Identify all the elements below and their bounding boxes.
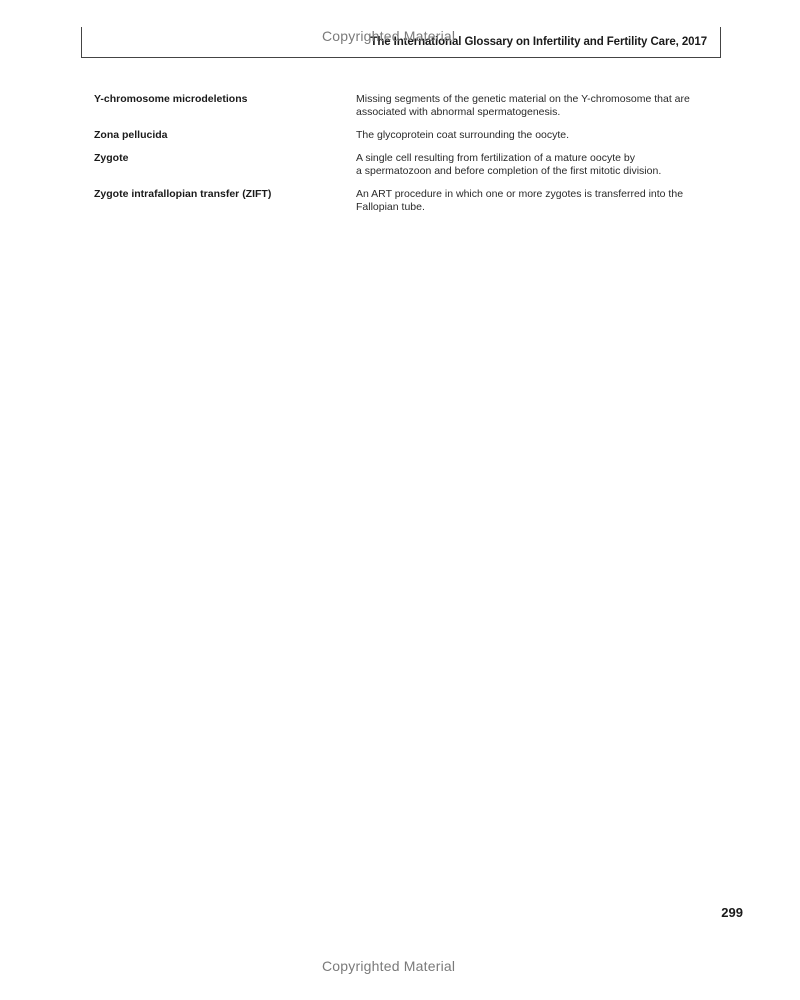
glossary-entry: Y-chromosome microdeletions Missing segm… [94,93,724,119]
page-number: 299 [721,905,743,920]
glossary-entry: Zona pellucida The glycoprotein coat sur… [94,129,724,142]
glossary-list: Y-chromosome microdeletions Missing segm… [94,93,724,224]
glossary-entry: Zygote A single cell resulting from fert… [94,152,724,178]
glossary-term: Zona pellucida [94,129,356,142]
glossary-entry: Zygote intrafallopian transfer (ZIFT) An… [94,188,724,214]
glossary-definition: A single cell resulting from fertilizati… [356,152,724,178]
watermark-top: Copyrighted Material [322,28,455,44]
glossary-definition: An ART procedure in which one or more zy… [356,188,724,214]
glossary-definition: Missing segments of the genetic material… [356,93,724,119]
glossary-definition: The glycoprotein coat surrounding the oo… [356,129,724,142]
glossary-term: Zygote [94,152,356,178]
glossary-term: Y-chromosome microdeletions [94,93,356,119]
watermark-bottom: Copyrighted Material [322,958,455,974]
glossary-term: Zygote intrafallopian transfer (ZIFT) [94,188,356,214]
